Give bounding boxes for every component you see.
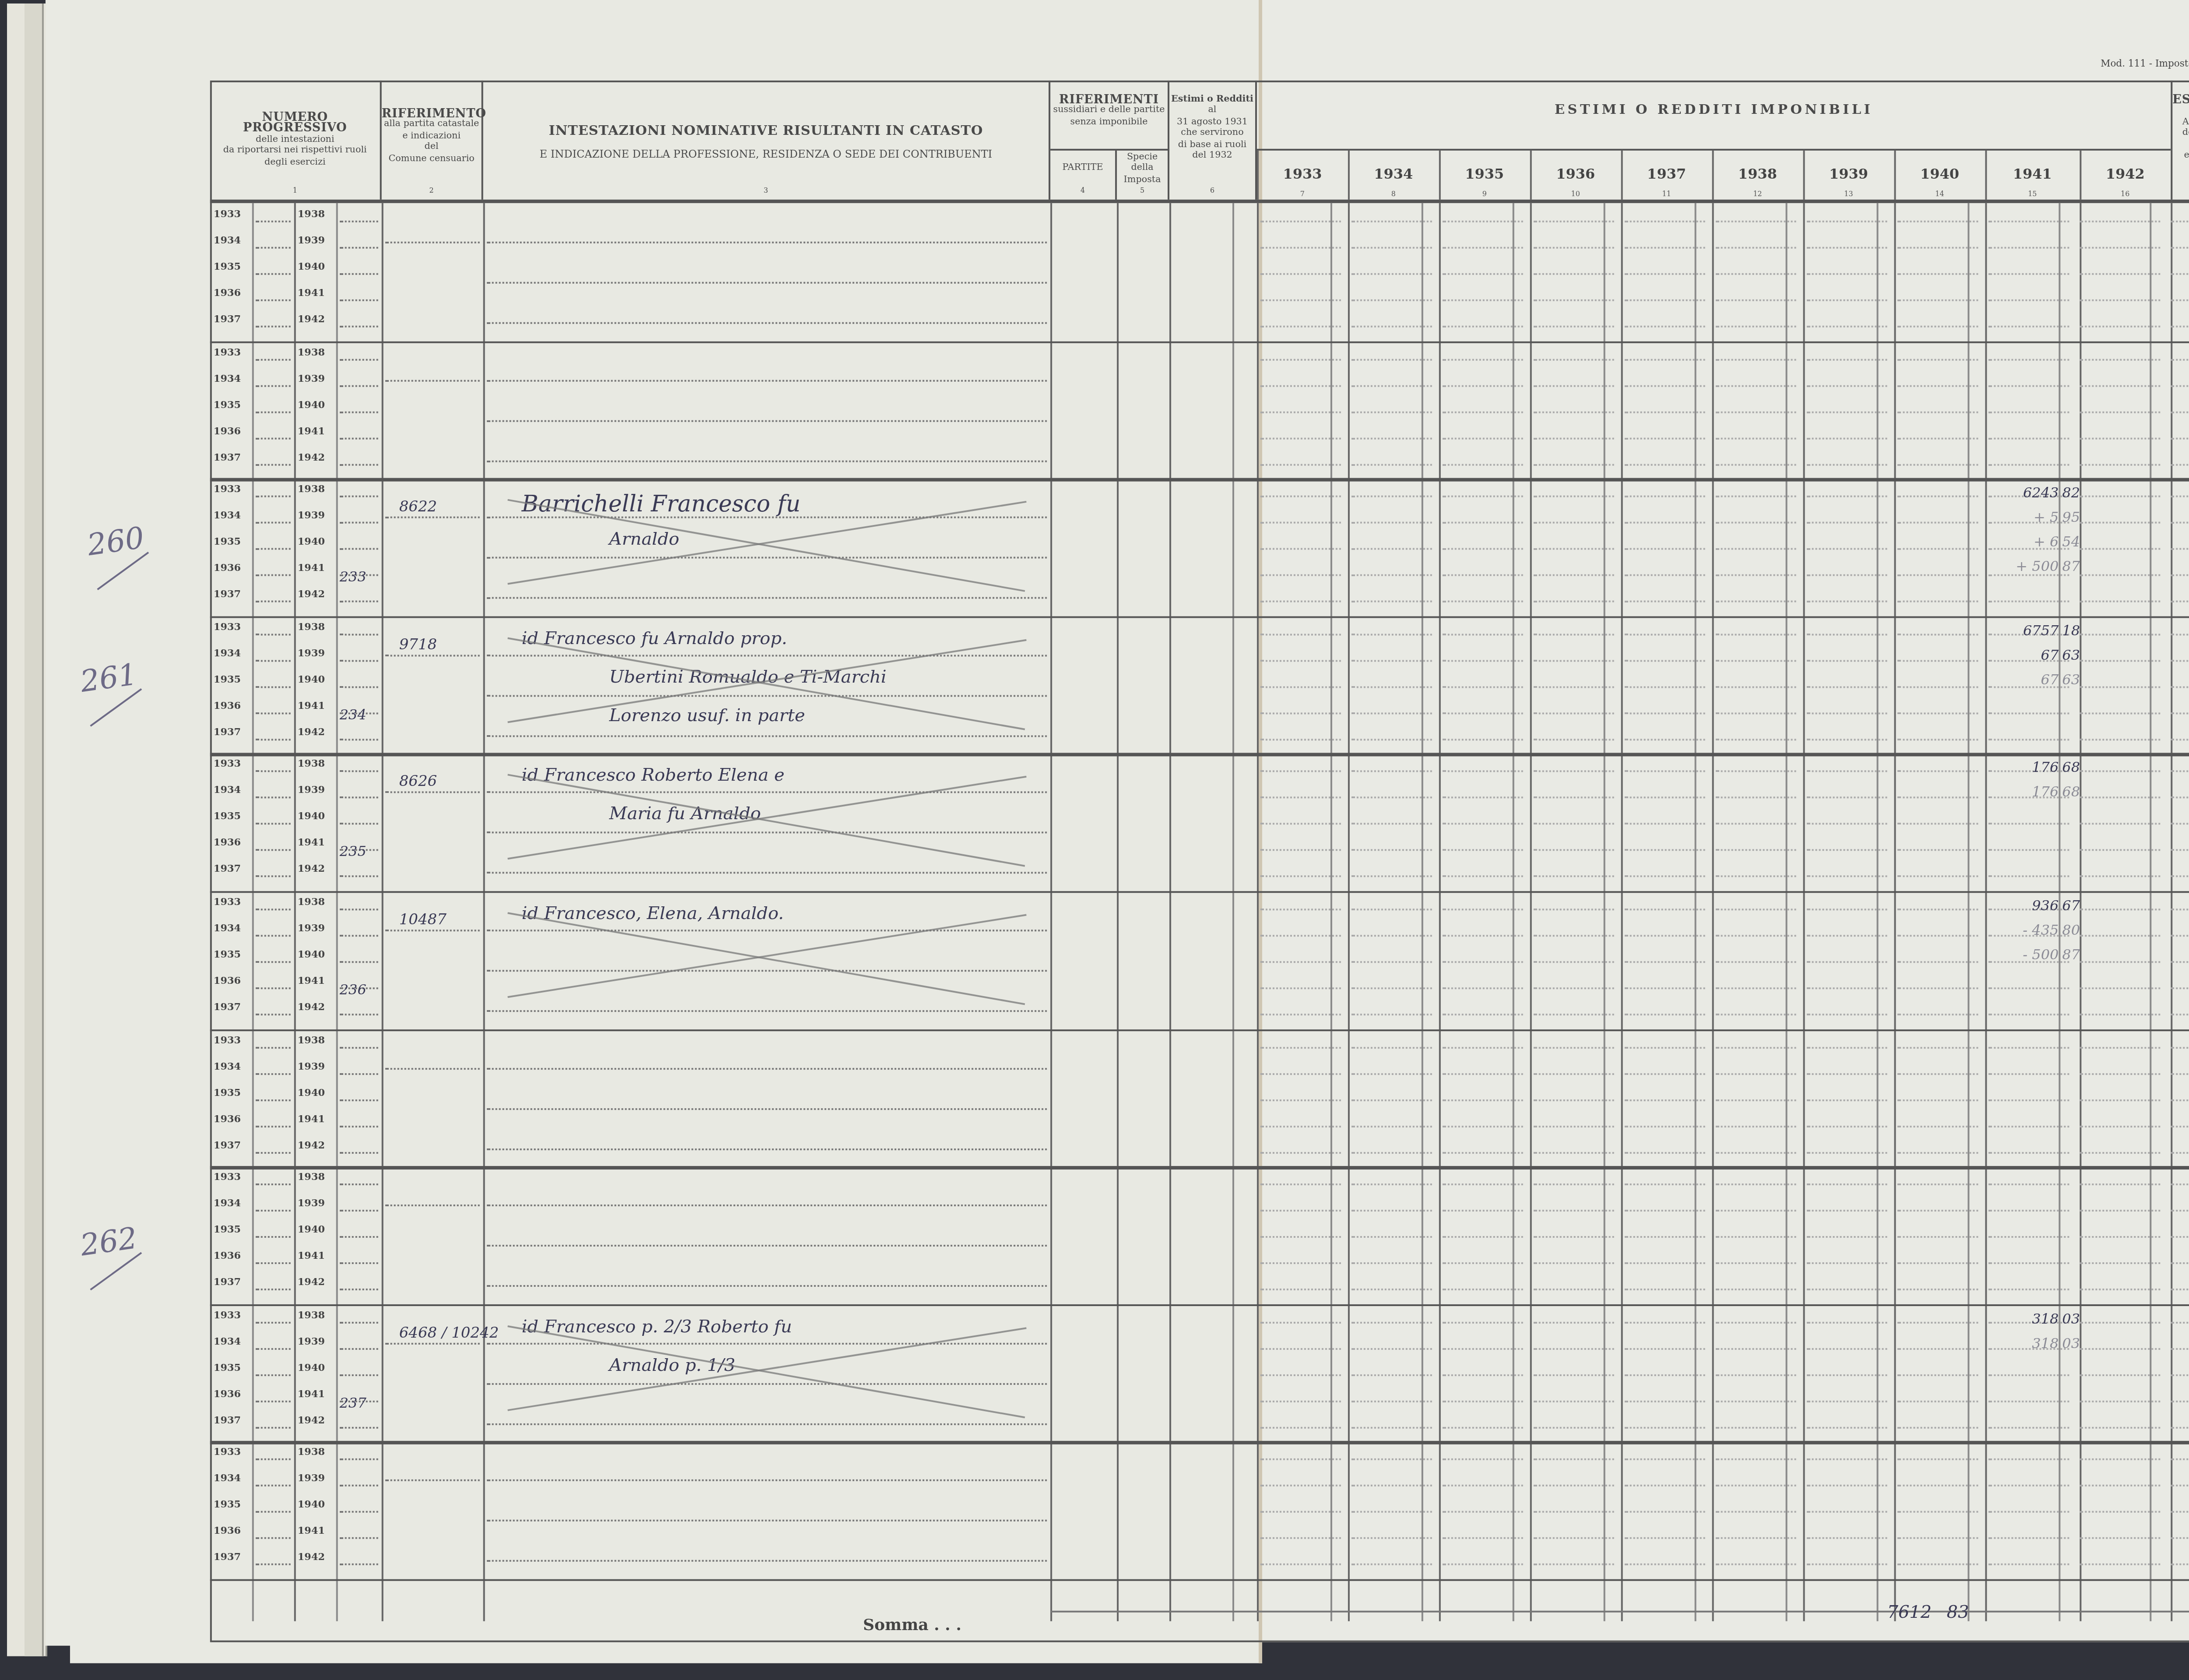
dotted-rule — [340, 496, 378, 497]
dotted-rule — [1443, 463, 1523, 465]
dotted-rule — [1897, 1099, 1978, 1100]
tax-register-form: NUMERO PROGRESSIVO delle intestazioni da… — [210, 81, 2189, 1639]
year-label: 1935 — [214, 951, 241, 961]
year-label: 1940 — [298, 813, 325, 824]
dotted-rule — [1716, 712, 1796, 714]
dotted-rule — [256, 1263, 291, 1264]
dotted-rule — [1716, 797, 1796, 799]
dotted-rule — [1807, 797, 1887, 799]
header-divider — [210, 200, 2189, 202]
column-rule — [1894, 151, 1896, 200]
year-label: 1940 — [298, 263, 325, 273]
dotted-rule — [1716, 660, 1796, 662]
dotted-rule — [1351, 496, 1432, 497]
dotted-rule — [340, 1485, 378, 1487]
year-label: 1941 — [298, 1114, 325, 1125]
dotted-rule — [1807, 221, 1887, 222]
page-stack-edge-inner — [25, 4, 44, 1656]
dotted-rule — [1625, 1099, 1705, 1100]
dotted-rule — [1260, 660, 1341, 662]
dotted-rule — [1807, 1321, 1887, 1323]
dotted-rule — [256, 1184, 291, 1186]
dotted-rule — [1716, 548, 1796, 550]
dotted-rule — [1716, 876, 1796, 878]
dotted-rule — [2080, 463, 2160, 465]
dotted-rule — [2171, 1511, 2189, 1513]
dotted-rule — [1351, 797, 1432, 799]
dotted-rule — [1897, 1485, 1978, 1487]
dotted-rule — [1807, 909, 1887, 910]
dotted-rule — [1897, 739, 1978, 740]
dotted-rule — [1807, 1426, 1887, 1428]
dotted-rule — [1716, 437, 1796, 439]
year-label: 1941 — [298, 1252, 325, 1263]
dotted-rule — [1260, 634, 1341, 635]
dotted-rule — [340, 326, 378, 328]
dotted-rule — [1351, 463, 1432, 465]
dotted-rule — [1897, 548, 1978, 550]
dotted-rule — [1716, 686, 1796, 688]
dotted-rule — [2171, 850, 2189, 852]
dotted-rule — [1716, 1321, 1796, 1323]
column-rule — [1117, 203, 1119, 1621]
dotted-rule — [1625, 273, 1705, 275]
dotted-rule — [1351, 437, 1432, 439]
dotted-rule — [256, 1236, 291, 1238]
dotted-rule — [1897, 1459, 1978, 1461]
dotted-rule — [2171, 299, 2189, 301]
dotted-rule — [1534, 548, 1614, 550]
dotted-rule — [2171, 358, 2189, 360]
dotted-rule — [2080, 876, 2160, 878]
dotted-rule — [385, 1067, 480, 1069]
dotted-rule — [1260, 1099, 1341, 1100]
dotted-rule — [2080, 824, 2160, 825]
entry-divider — [210, 341, 2189, 343]
dotted-rule — [2171, 1426, 2189, 1428]
column-rule — [1604, 203, 1605, 1621]
dotted-rule — [1807, 548, 1887, 550]
dotted-rule — [1351, 909, 1432, 910]
dotted-rule — [1443, 712, 1523, 714]
header-col5: Specie della Imposta 5 — [1117, 151, 1169, 200]
year-label: 1941 — [298, 1527, 325, 1538]
dotted-rule — [1897, 797, 1978, 799]
dotted-rule — [2080, 1014, 2160, 1015]
dotted-rule — [2080, 1348, 2160, 1349]
dotted-rule — [1716, 601, 1796, 602]
dotted-rule — [1716, 1511, 1796, 1513]
dotted-rule — [2080, 961, 2160, 963]
year-label: 1940 — [298, 951, 325, 961]
dotted-rule — [1625, 496, 1705, 497]
dotted-rule — [1716, 273, 1796, 275]
estimo-1941-cent: 63 — [2062, 648, 2080, 663]
year-label: 1940 — [298, 1226, 325, 1236]
dotted-rule — [1625, 1125, 1705, 1127]
intestazione-line: Arnaldo p. 1/3 — [609, 1356, 736, 1376]
year-label: 1938 — [298, 898, 325, 909]
header-line: delle intestazioni — [210, 134, 380, 146]
dotted-rule — [256, 987, 291, 989]
dotted-rule — [256, 437, 291, 439]
dotted-rule — [2080, 1046, 2160, 1048]
ledger-spread: 260 261 262 Mod. 111 - Imposte Dirette (… — [0, 0, 2189, 1680]
dotted-rule — [1807, 961, 1887, 963]
column-rule — [1439, 151, 1441, 200]
entry-divider — [210, 616, 2189, 619]
year-label: 1938 — [298, 210, 325, 221]
dotted-rule — [1443, 824, 1523, 825]
dotted-rule — [256, 522, 291, 524]
column-rule — [1786, 203, 1787, 1621]
dotted-rule — [2171, 273, 2189, 275]
estimo-1941-cent: 18 — [2062, 623, 2080, 639]
dotted-rule — [1443, 1400, 1523, 1402]
column-rule — [1348, 151, 1350, 200]
header-title: RIFERIMENTO — [382, 109, 482, 120]
dotted-rule — [1351, 1348, 1432, 1349]
year-label: 1937 — [214, 1416, 241, 1426]
dotted-rule — [1260, 1564, 1341, 1566]
dotted-rule — [2171, 221, 2189, 222]
dotted-rule — [1988, 1538, 2069, 1539]
dotted-rule — [2080, 1099, 2160, 1100]
dotted-rule — [2171, 739, 2189, 740]
dotted-rule — [1897, 1426, 1978, 1428]
dotted-rule — [1260, 797, 1341, 799]
dotted-rule — [340, 1210, 378, 1212]
year-label: 1936 — [214, 977, 241, 987]
year-label: 1935 — [214, 400, 241, 411]
header-line: degli esercizi — [210, 157, 380, 168]
dotted-rule — [340, 1014, 378, 1015]
year-label: 1934 — [214, 924, 241, 935]
column-rule — [1232, 203, 1233, 1621]
dotted-rule — [340, 411, 378, 412]
dotted-rule — [256, 1459, 291, 1461]
column-rule — [252, 203, 253, 1621]
entry-divider — [210, 1579, 2189, 1582]
year-label: 1933 — [214, 1173, 241, 1184]
dotted-rule — [487, 1107, 1047, 1109]
dotted-rule — [1443, 522, 1523, 524]
dotted-rule — [1807, 1400, 1887, 1402]
dotted-rule — [340, 660, 378, 662]
dotted-rule — [1716, 496, 1796, 497]
dotted-rule — [256, 797, 291, 799]
dotted-rule — [340, 1459, 378, 1461]
dotted-rule — [1807, 1485, 1887, 1487]
column-rule — [294, 203, 296, 1621]
dotted-rule — [1351, 1459, 1432, 1461]
dotted-rule — [1260, 850, 1341, 852]
dotted-rule — [1351, 326, 1432, 328]
dotted-rule — [1716, 1374, 1796, 1376]
column-rule — [2171, 203, 2172, 1621]
dotted-rule — [1443, 987, 1523, 989]
dotted-rule — [256, 1426, 291, 1428]
estimo-1941-cent: 68 — [2062, 785, 2080, 801]
year-label: 1939 — [298, 1475, 325, 1485]
dotted-rule — [1807, 824, 1887, 825]
dotted-rule — [1625, 1374, 1705, 1376]
dotted-rule — [2171, 1374, 2189, 1376]
column-number: 14 — [1894, 189, 1985, 198]
column-number: 9 — [1439, 189, 1530, 198]
dotted-rule — [340, 1099, 378, 1100]
dotted-rule — [1260, 1538, 1341, 1539]
dotted-rule — [1807, 850, 1887, 852]
dotted-rule — [1988, 221, 2069, 222]
dotted-rule — [1897, 1511, 1978, 1513]
header-estimi: ESTIMI O REDDITI IMPONIBILI — [1257, 81, 2171, 151]
dotted-rule — [1534, 961, 1614, 963]
dotted-rule — [1443, 1236, 1523, 1238]
dotted-rule — [2171, 1564, 2189, 1566]
dotted-rule — [256, 935, 291, 937]
dotted-rule — [256, 273, 291, 275]
dotted-rule — [1716, 1099, 1796, 1100]
dotted-rule — [1443, 1125, 1523, 1127]
dotted-rule — [1625, 522, 1705, 524]
year-label: 1936 — [214, 1390, 241, 1400]
dotted-rule — [1260, 1459, 1341, 1461]
year-label: 1934 — [214, 1200, 241, 1210]
dotted-rule — [1443, 1184, 1523, 1186]
year-label: 1934 — [214, 1062, 241, 1073]
year-header: 1937 — [1621, 165, 1712, 182]
footer-total-lire: 7612 — [1887, 1604, 1932, 1623]
dotted-rule — [1443, 574, 1523, 576]
dotted-rule — [1443, 1511, 1523, 1513]
dotted-rule — [256, 1400, 291, 1402]
year-label: 1938 — [298, 1173, 325, 1184]
column-rule — [1712, 203, 1714, 1621]
dotted-rule — [1807, 1538, 1887, 1539]
dotted-rule — [1716, 1348, 1796, 1349]
column-number: 6 — [1169, 185, 1255, 196]
dotted-rule — [1716, 1125, 1796, 1127]
dotted-rule — [1443, 739, 1523, 740]
header-line: del — [382, 142, 482, 154]
dotted-rule — [340, 437, 378, 439]
estimo-1941-lire: 318 — [1988, 1335, 2059, 1351]
dotted-rule — [1897, 712, 1978, 714]
dotted-rule — [2080, 1459, 2160, 1461]
dotted-rule — [2080, 660, 2160, 662]
dotted-rule — [1351, 221, 1432, 222]
dotted-rule — [340, 1348, 378, 1349]
year-label: 1941 — [298, 977, 325, 987]
dotted-rule — [385, 1480, 480, 1482]
dotted-rule — [1897, 1348, 1978, 1349]
estimo-1941-cent: 03 — [2062, 1311, 2080, 1327]
dotted-rule — [2080, 548, 2160, 550]
dotted-rule — [1716, 574, 1796, 576]
dotted-rule — [385, 1205, 480, 1207]
year-header: 1942 — [2080, 165, 2171, 182]
intestazione-line: Barrichelli Francesco fu — [522, 492, 801, 518]
dotted-rule — [1443, 1210, 1523, 1212]
dotted-rule — [1351, 961, 1432, 963]
year-label: 1935 — [214, 1501, 241, 1511]
dotted-rule — [1897, 437, 1978, 439]
dotted-rule — [1534, 1564, 1614, 1566]
year-label: 1939 — [298, 511, 325, 522]
year-header: 1941 — [1985, 165, 2080, 182]
dotted-rule — [487, 597, 1047, 599]
dotted-rule — [1988, 574, 2069, 576]
column-number: 4 — [1050, 185, 1115, 196]
dotted-rule — [2171, 463, 2189, 465]
dotted-rule — [487, 322, 1047, 324]
dotted-rule — [1716, 1014, 1796, 1015]
dotted-rule — [2171, 987, 2189, 989]
dotted-rule — [1625, 1289, 1705, 1291]
dotted-rule — [1716, 247, 1796, 249]
dotted-rule — [256, 850, 291, 852]
dotted-rule — [2080, 797, 2160, 799]
dotted-rule — [1897, 1210, 1978, 1212]
dotted-rule — [1443, 1348, 1523, 1349]
dotted-rule — [1716, 326, 1796, 328]
dotted-rule — [1534, 909, 1614, 910]
dotted-rule — [1351, 935, 1432, 937]
dotted-rule — [1534, 1014, 1614, 1015]
header-line: e scadenze — [2172, 151, 2189, 162]
header-title: PARTITE — [1050, 163, 1115, 174]
dotted-rule — [2080, 634, 2160, 635]
dotted-rule — [2171, 1321, 2189, 1323]
column-rule — [1967, 203, 1968, 1621]
header-line: Ammontare — [2172, 117, 2189, 128]
dotted-rule — [1351, 273, 1432, 275]
dotted-rule — [1716, 824, 1796, 825]
dotted-rule — [1534, 824, 1614, 825]
dotted-rule — [2080, 326, 2160, 328]
header-col6: Estimi o Redditi al 31 agosto 1931 che s… — [1169, 81, 1257, 200]
dotted-rule — [1988, 712, 2069, 714]
dotted-rule — [2080, 601, 2160, 602]
dotted-rule — [1988, 1046, 2069, 1048]
header-line: sussidiari e delle partite — [1050, 106, 1168, 117]
dotted-rule — [1260, 1014, 1341, 1015]
column-rule — [1050, 203, 1052, 1621]
dotted-rule — [2080, 739, 2160, 740]
column-rule — [1530, 203, 1532, 1621]
dotted-rule — [2171, 1400, 2189, 1402]
year-label: 1937 — [214, 866, 241, 876]
dotted-rule — [340, 1426, 378, 1428]
dotted-rule — [1625, 876, 1705, 878]
dotted-rule — [1716, 935, 1796, 937]
dotted-rule — [1988, 247, 2069, 249]
year-header: 1933 — [1257, 165, 1348, 182]
dotted-rule — [1625, 601, 1705, 602]
form-code: Mod. 111 - Imposte Dirette (Intercalare)… — [2101, 60, 2189, 70]
dotted-rule — [1443, 1564, 1523, 1566]
dotted-rule — [487, 557, 1047, 559]
dotted-rule — [2080, 771, 2160, 773]
dotted-rule — [1260, 548, 1341, 550]
dotted-rule — [340, 797, 378, 799]
dotted-rule — [256, 1125, 291, 1127]
dotted-rule — [1716, 358, 1796, 360]
year-label: 1938 — [298, 348, 325, 358]
estimo-1941-cent: 54 — [2062, 534, 2080, 550]
dotted-rule — [487, 970, 1047, 972]
dotted-rule — [1807, 771, 1887, 773]
estimo-1941-lire: 67 — [1988, 648, 2059, 663]
year-label: 1939 — [298, 236, 325, 247]
dotted-rule — [1443, 1014, 1523, 1015]
header-line: o redditi — [2172, 139, 2189, 151]
year-label: 1933 — [214, 485, 241, 496]
dotted-rule — [256, 411, 291, 412]
dotted-rule — [1625, 1014, 1705, 1015]
dotted-rule — [2171, 660, 2189, 662]
header-col2: RIFERIMENTO alla partita catastale e ind… — [382, 81, 483, 200]
dotted-rule — [340, 299, 378, 301]
dotted-rule — [1716, 739, 1796, 740]
dotted-rule — [340, 1511, 378, 1513]
header-line: Estimi o Redditi — [1169, 95, 1255, 106]
dotted-rule — [1897, 247, 1978, 249]
dotted-rule — [1625, 987, 1705, 989]
dotted-rule — [256, 739, 291, 740]
dotted-rule — [2171, 1263, 2189, 1264]
year-label: 1937 — [214, 728, 241, 739]
dotted-rule — [1625, 935, 1705, 937]
entry-divider — [210, 478, 2189, 481]
dotted-rule — [1260, 1125, 1341, 1127]
year-label: 1942 — [298, 866, 325, 876]
dotted-rule — [487, 695, 1047, 697]
dotted-rule — [1807, 574, 1887, 576]
column-rule — [1803, 151, 1805, 200]
dotted-rule — [1807, 273, 1887, 275]
dotted-rule — [1260, 463, 1341, 465]
year-label: 1937 — [214, 315, 241, 326]
dotted-rule — [1625, 1046, 1705, 1048]
dotted-rule — [1716, 850, 1796, 852]
dotted-rule — [1716, 1400, 1796, 1402]
dotted-rule — [1716, 771, 1796, 773]
dotted-rule — [487, 1067, 1047, 1069]
dotted-rule — [1897, 987, 1978, 989]
year-label: 1935 — [214, 1226, 241, 1236]
dotted-rule — [256, 221, 291, 222]
dotted-rule — [1625, 1400, 1705, 1402]
dotted-rule — [256, 548, 291, 550]
dotted-rule — [1351, 601, 1432, 602]
dotted-rule — [385, 242, 480, 243]
dotted-rule — [2080, 935, 2160, 937]
dotted-rule — [256, 686, 291, 688]
dotted-rule — [1534, 1459, 1614, 1461]
year-label: 1933 — [214, 1448, 241, 1459]
dotted-rule — [1534, 273, 1614, 275]
dotted-rule — [1534, 1073, 1614, 1074]
header-col17: ESENZIONI — Ammontare degli estimi o red… — [2171, 81, 2189, 200]
dotted-rule — [1807, 1263, 1887, 1264]
dotted-rule — [1807, 601, 1887, 602]
dotted-rule — [2171, 712, 2189, 714]
estimo-1941-lire: + 500 — [1988, 559, 2059, 574]
estimo-1941-cent: 87 — [2062, 947, 2080, 963]
year-label: 1938 — [298, 1036, 325, 1046]
